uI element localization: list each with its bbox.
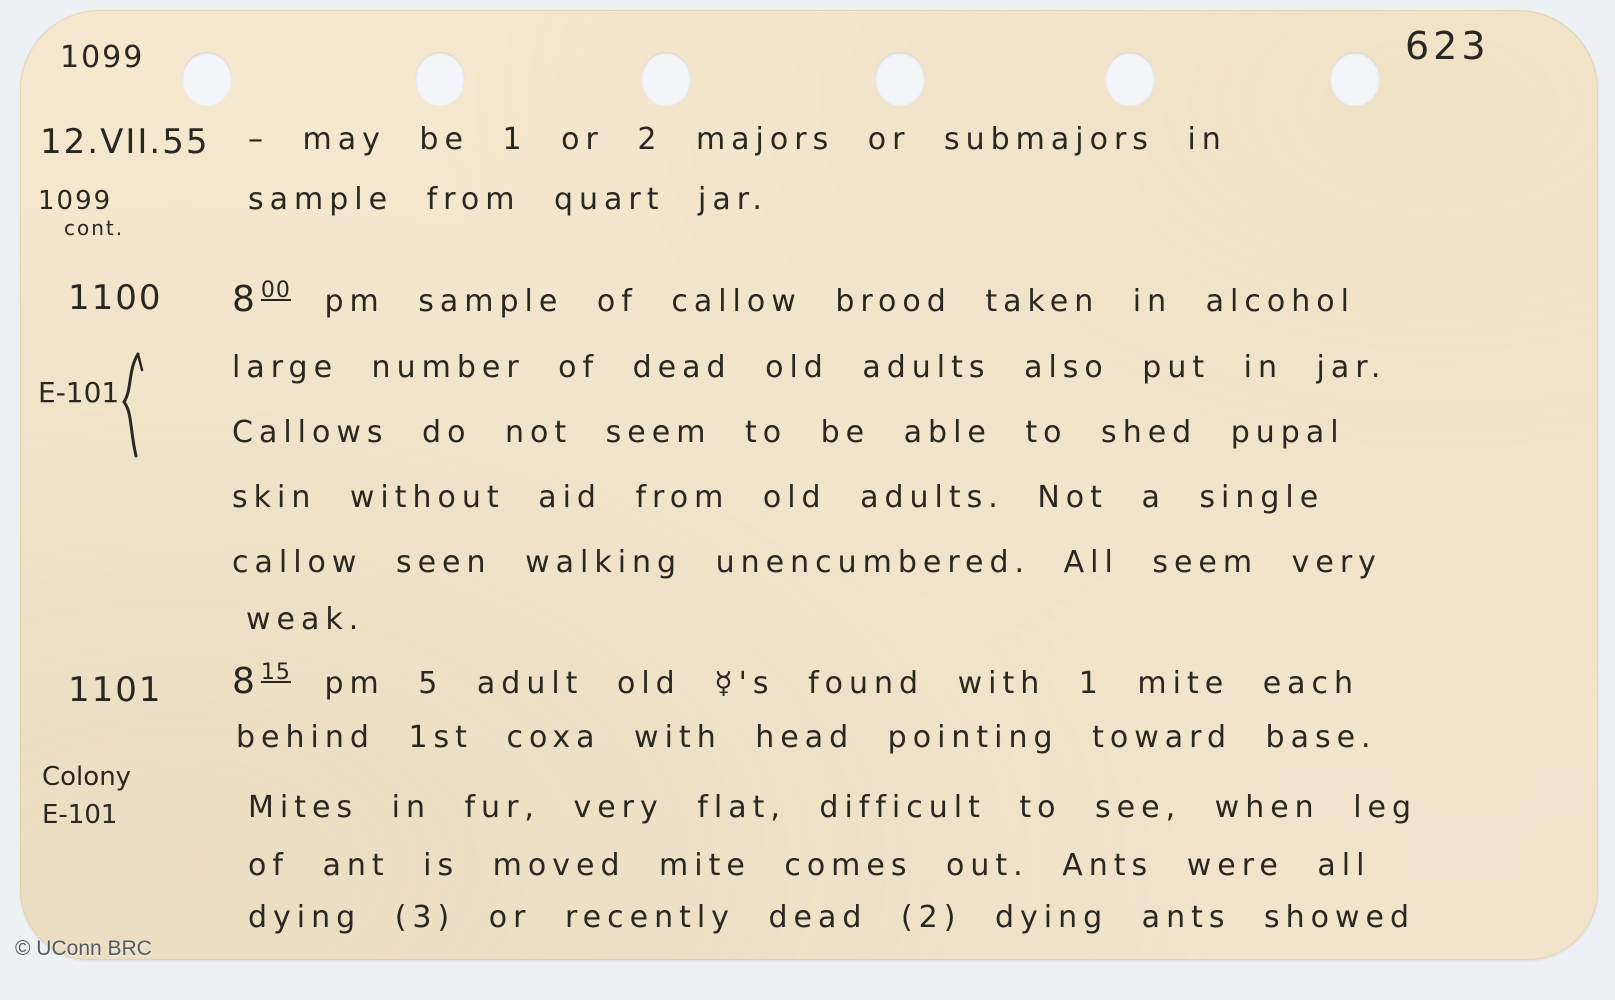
time-minutes: 00 [261, 278, 291, 303]
brace-icon [118, 350, 158, 460]
time-hour: 8 [232, 661, 261, 702]
time-minutes: 15 [261, 660, 291, 685]
colony-label: E-101 [38, 376, 119, 409]
entry-line: 815 pm 5 adult old ☿'s found with 1 mite… [232, 660, 1359, 702]
punch-hole [1330, 52, 1380, 106]
entry-line: Mites in fur, very flat, difficult to se… [248, 790, 1417, 825]
punch-hole [875, 52, 925, 106]
entry-line: sample from quart jar. [248, 182, 768, 217]
time-hour: 8 [232, 279, 261, 320]
entry-text: 5 adult old ☿'s found with 1 mite each [418, 666, 1359, 701]
punch-hole [415, 52, 465, 106]
specimen-number: 1101 [68, 670, 163, 710]
entry-line: of ant is moved mite comes out. Ants wer… [248, 848, 1370, 883]
punch-hole [641, 52, 691, 106]
entry-text: sample of callow brood taken in alcohol [418, 284, 1355, 319]
colony-label: Colony [42, 762, 131, 792]
entry-line: callow seen walking unencumbered. All se… [232, 545, 1382, 580]
colony-id: E-101 [42, 800, 117, 830]
entry-ref-cont: cont. [64, 216, 124, 240]
entry-line: weak. [246, 602, 364, 637]
entry-line: behind 1st coxa with head pointing towar… [236, 720, 1377, 755]
entry-date: 12.VII.55 [40, 122, 209, 162]
entry-line: – may be 1 or 2 majors or submajors in [248, 122, 1227, 157]
card-page-number: 623 [1405, 24, 1490, 68]
entry-ref: 1099 [38, 186, 112, 216]
punch-hole [182, 52, 232, 106]
entry-line: large number of dead old adults also put… [232, 350, 1386, 385]
time-suffix: pm [324, 666, 384, 701]
entry-line: 800 pm sample of callow brood taken in a… [232, 278, 1355, 320]
entry-line: dying (3) or recently dead (2) dying ant… [248, 900, 1415, 935]
punch-hole [1105, 52, 1155, 106]
time-suffix: pm [324, 284, 384, 319]
entry-line: Callows do not seem to be able to shed p… [232, 415, 1345, 450]
copyright-watermark: © UConn BRC [15, 937, 152, 961]
specimen-number: 1100 [68, 278, 163, 318]
index-card: 1099 623 12.VII.55 – may be 1 or 2 major… [20, 10, 1598, 960]
scan-background: 1099 623 12.VII.55 – may be 1 or 2 major… [0, 0, 1615, 1000]
entry-line: skin without aid from old adults. Not a … [232, 480, 1324, 515]
card-number-left: 1099 [60, 40, 144, 75]
